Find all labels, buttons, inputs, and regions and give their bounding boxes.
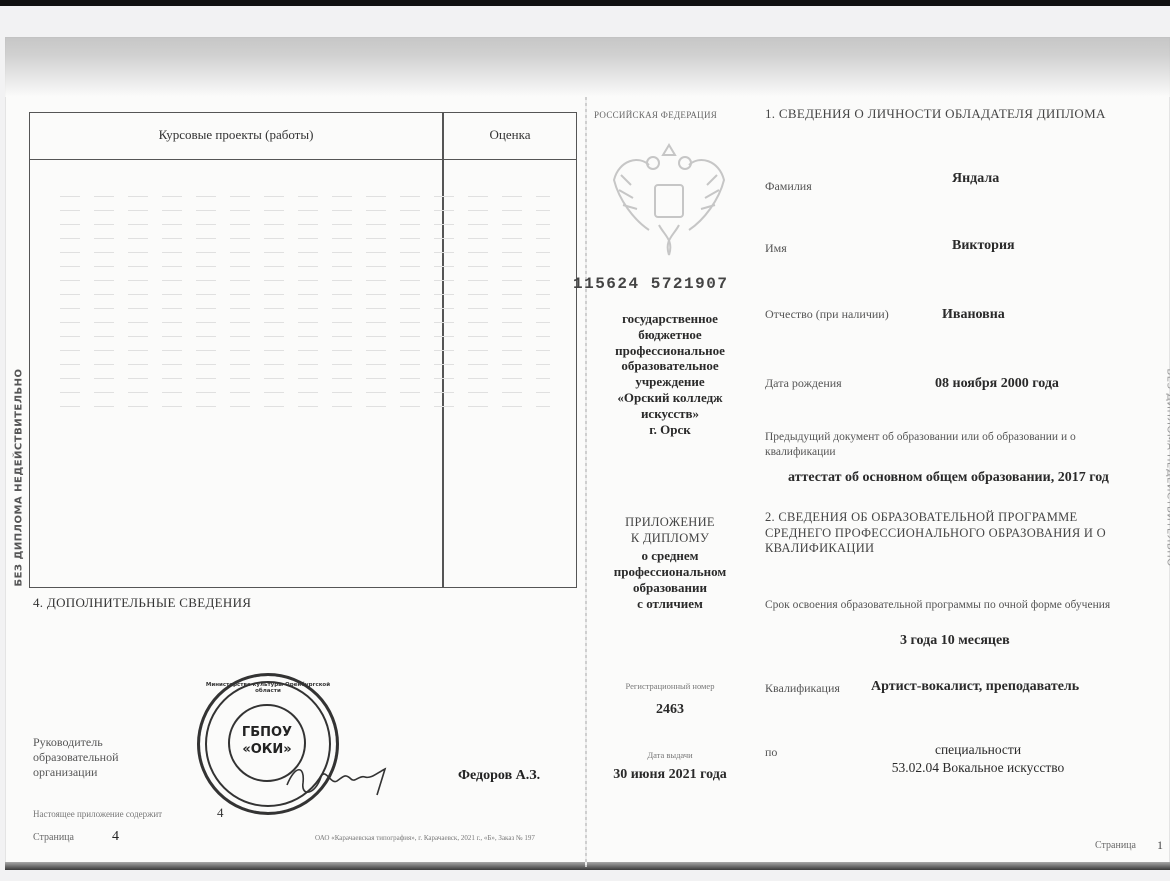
section1-title: 1. СВЕДЕНИЯ О ЛИЧНОСТИ ОБЛАДАТЕЛЯ ДИПЛОМ… xyxy=(765,106,1106,122)
appendix-subtitle: о среднем профессиональном образовании с… xyxy=(595,548,745,612)
page-label-right: Страница xyxy=(1095,840,1136,851)
last-name-label: Фамилия xyxy=(765,179,812,194)
head-of-organization-label: Руководитель образовательной организации xyxy=(33,735,153,780)
page-number-left: 4 xyxy=(112,829,119,845)
course-projects-table: Курсовые проекты (работы) Оценка xyxy=(29,112,577,588)
page-fold-strip xyxy=(585,97,587,867)
column-header-projects: Курсовые проекты (работы) xyxy=(30,127,442,143)
pages-note: Настоящее приложение содержит xyxy=(33,809,162,819)
seal-ring-text: Министерство культуры Оренбургской облас… xyxy=(200,682,336,694)
bleed-through-lines xyxy=(60,183,550,420)
registration-number-label: Регистрационный номер xyxy=(595,681,745,691)
appendix-title: ПРИЛОЖЕНИЕ К ДИПЛОМУ xyxy=(595,514,745,546)
qualification-label: Квалификация xyxy=(765,681,840,696)
pages-count: 4 xyxy=(217,805,224,821)
by-label: по xyxy=(765,745,777,760)
issue-date-label: Дата выдачи xyxy=(595,750,745,760)
spine-watermark-left: БЕЗ ДИПЛОМА НЕДЕЙСТВИТЕЛЬНО xyxy=(14,368,25,588)
table-header: Курсовые проекты (работы) Оценка xyxy=(30,113,576,160)
page-bottom-shadow xyxy=(5,862,1170,870)
previous-document-label: Предыдущий документ об образовании или о… xyxy=(765,430,1140,460)
coat-of-arms-icon xyxy=(609,135,729,265)
registration-number: 2463 xyxy=(595,702,745,718)
birth-date-label: Дата рождения xyxy=(765,376,842,391)
seal-text-line1: ГБПОУ xyxy=(230,724,304,741)
study-duration-value: 3 года 10 месяцев xyxy=(900,633,1010,649)
patronymic-value: Ивановна xyxy=(942,307,1005,323)
previous-document-value: аттестат об основном общем образовании, … xyxy=(788,470,1109,486)
spine-watermark-right: БЕЗ ДИПЛОМА НЕДЕЙСТВИТЕЛЬНО xyxy=(1165,358,1170,578)
birth-date-value: 08 ноября 2000 года xyxy=(935,376,1059,392)
patronymic-label: Отчество (при наличии) xyxy=(765,307,889,322)
page-label-left: Страница xyxy=(33,832,74,843)
printer-note: ОАО «Карачаевская типография», г. Карача… xyxy=(315,834,535,842)
section4-title: 4. ДОПОЛНИТЕЛЬНЫЕ СВЕДЕНИЯ xyxy=(33,595,251,611)
qualification-value: Артист-вокалист, преподаватель xyxy=(871,679,1079,695)
first-name-label: Имя xyxy=(765,241,787,256)
page-number-right: 1 xyxy=(1157,838,1163,853)
specialty-label: специальности xyxy=(873,742,1083,758)
specialty-value: 53.02.04 Вокальное искусство xyxy=(873,760,1083,776)
serial-number: 115624 5721907 xyxy=(573,275,728,293)
column-header-grade: Оценка xyxy=(444,127,576,143)
last-name-value: Яндала xyxy=(952,171,999,187)
country-label: РОССИЙСКАЯ ФЕДЕРАЦИЯ xyxy=(594,110,717,120)
signature-icon xyxy=(285,755,405,805)
institution-name: государственное бюджетное профессиональн… xyxy=(595,311,745,437)
issue-date: 30 июня 2021 года xyxy=(595,767,745,783)
study-duration-label: Срок освоения образовательной программы … xyxy=(765,598,1145,613)
signer-name: Федоров А.З. xyxy=(458,768,540,784)
scanned-diploma-spread: БЕЗ ДИПЛОМА НЕДЕЙСТВИТЕЛЬНО Курсовые про… xyxy=(5,37,1170,870)
page-curve-shadow xyxy=(5,37,1170,97)
top-bar xyxy=(0,0,1170,6)
section2-title: 2. СВЕДЕНИЯ ОБ ОБРАЗОВАТЕЛЬНОЙ ПРОГРАММЕ… xyxy=(765,510,1145,557)
first-name-value: Виктория xyxy=(952,238,1015,254)
